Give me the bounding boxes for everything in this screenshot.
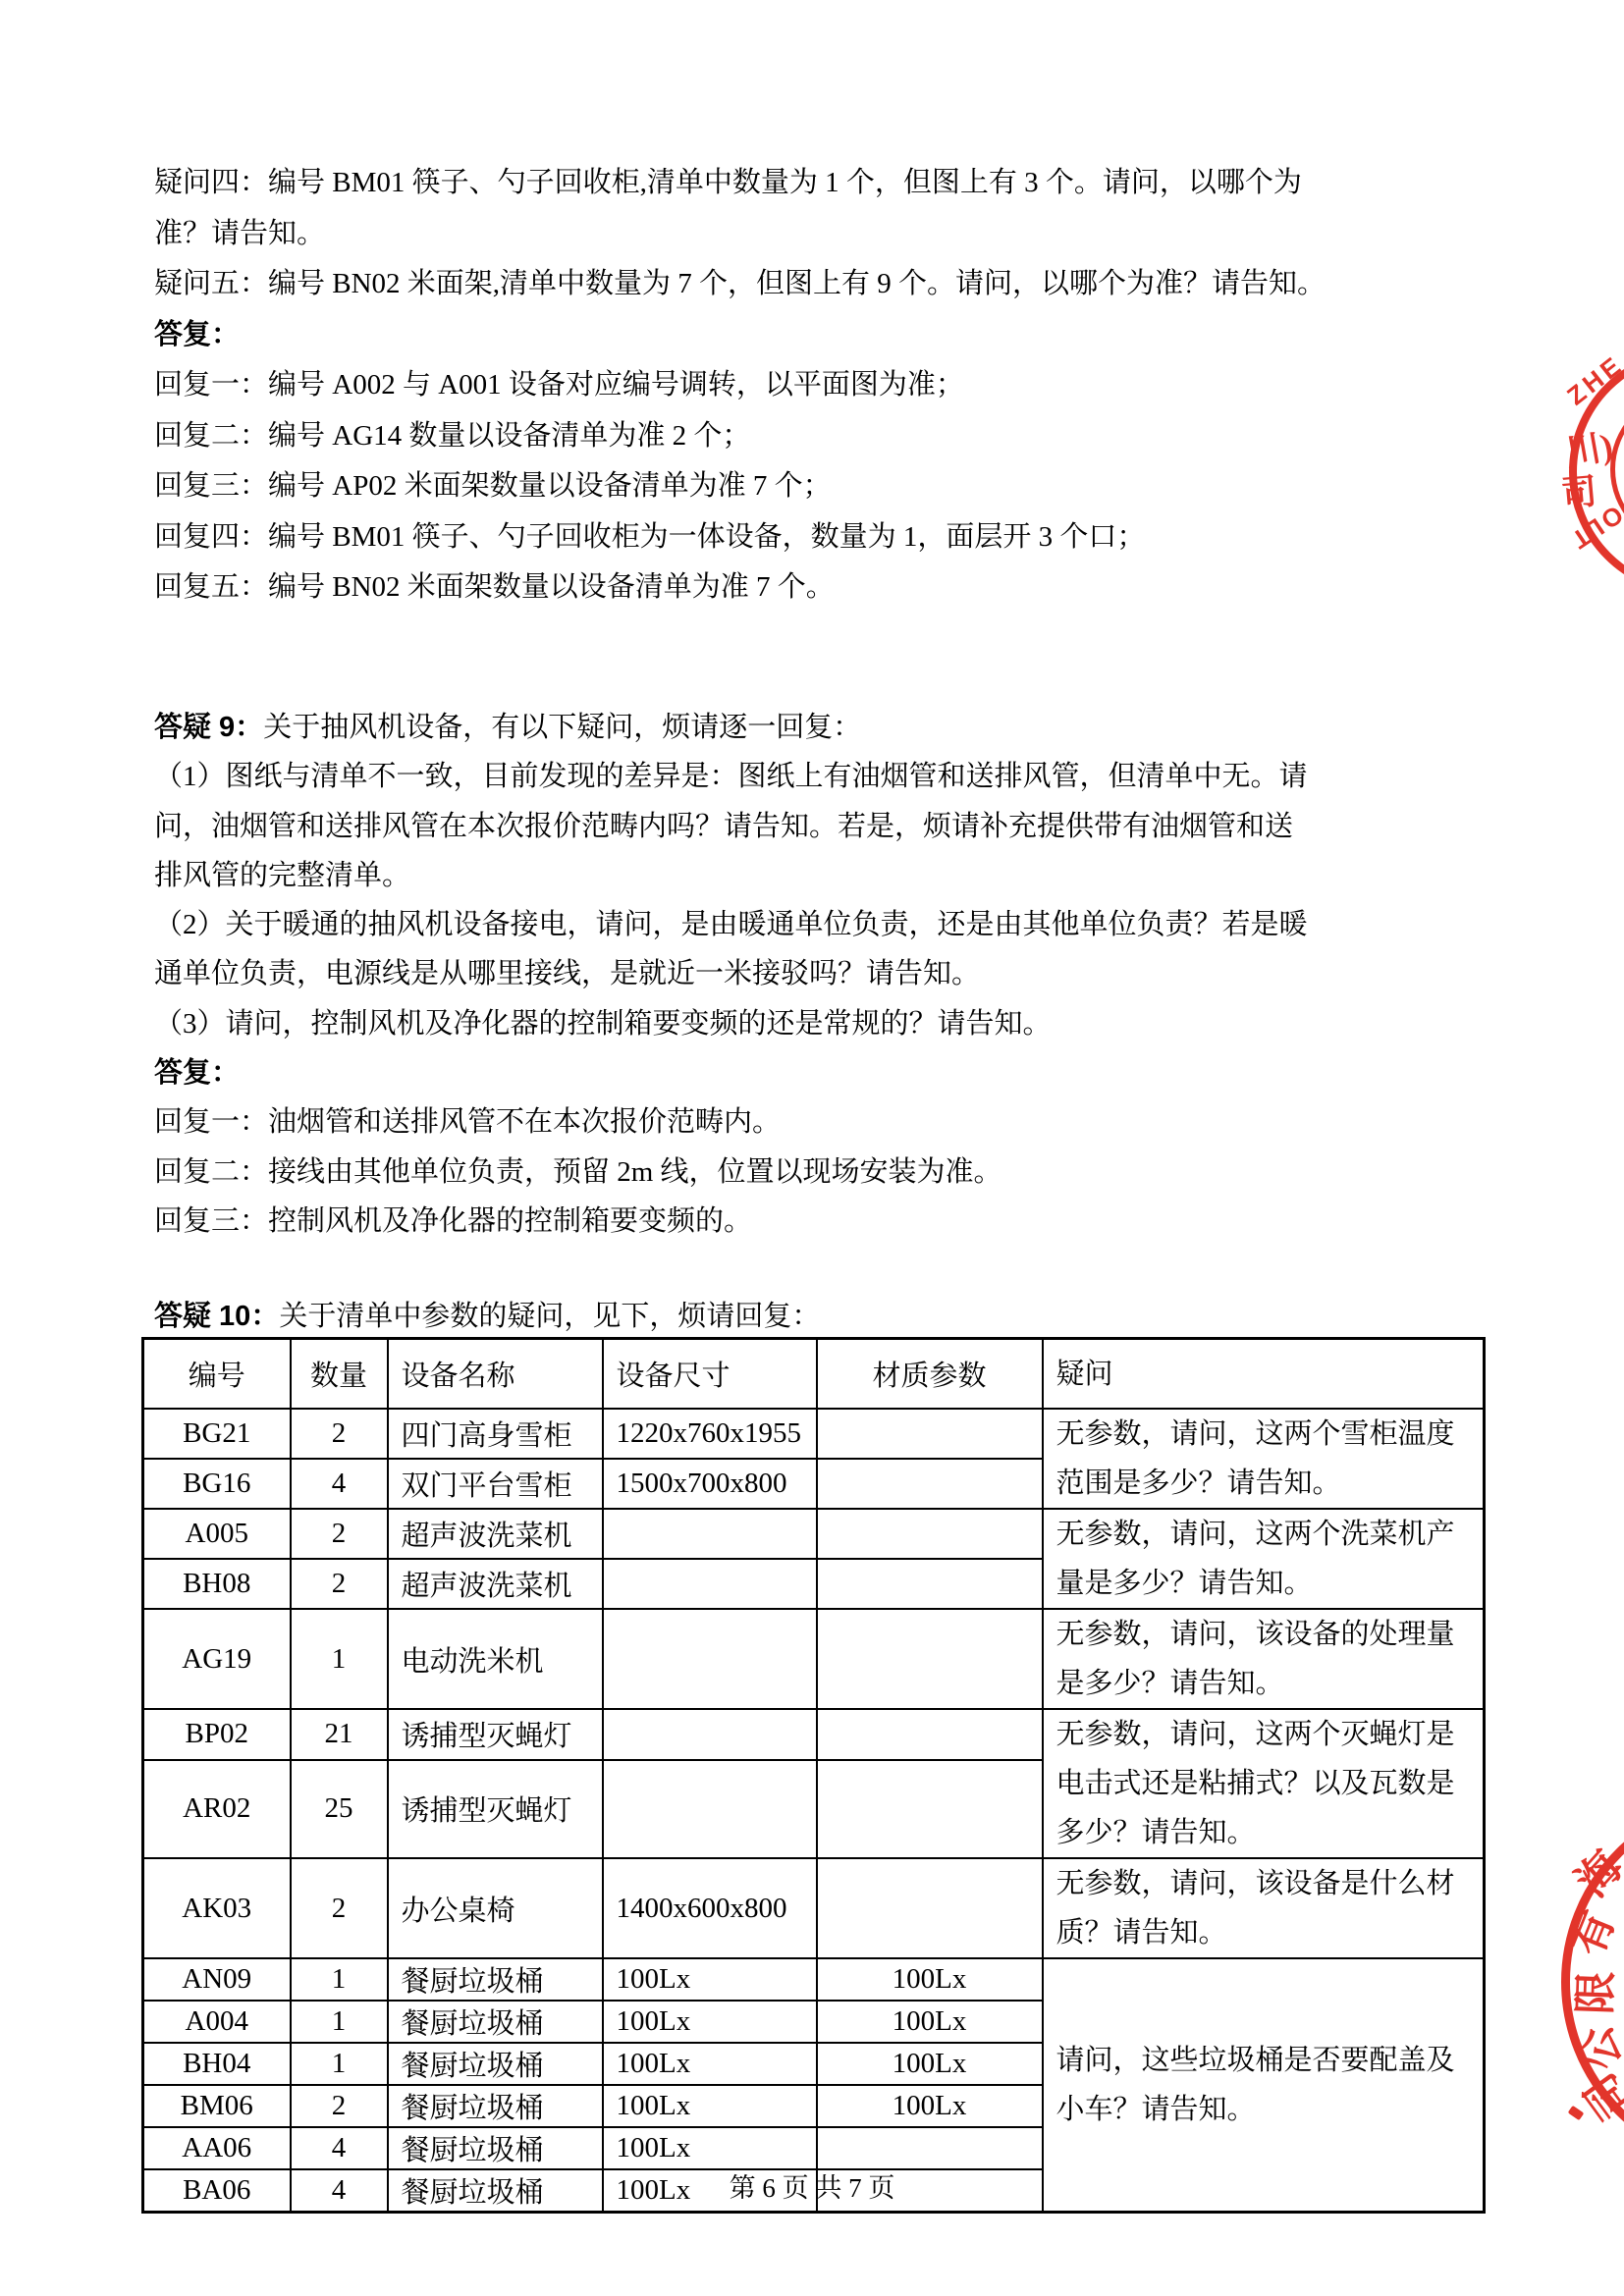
table-cell: 100Lx — [603, 2127, 817, 2169]
table-cell — [817, 1459, 1043, 1509]
seal-center-char: 司 — [1559, 464, 1598, 517]
table-cell — [817, 1760, 1043, 1858]
text-line: 准？请告知。 — [154, 209, 1529, 260]
line-text: 疑问五：编号 BN02 米面架,清单中数量为 7 个，但图上有 9 个。请问，以… — [154, 268, 1326, 299]
table-cell: BM06 — [143, 2085, 291, 2127]
table-cell: 1500x700x800 — [603, 1459, 817, 1509]
table-cell: AR02 — [143, 1760, 291, 1858]
table-cell: 无参数，请问，该设备的处理量 是多少？请告知。 — [1043, 1609, 1485, 1709]
table-cell: 餐厨垃圾桶 — [388, 2001, 603, 2043]
text-line: 回复一：油烟管和送排风管不在本次报价范畴内。 — [154, 1097, 1529, 1147]
text-line: 回复五：编号 BN02 米面架数量以设备清单为准 7 个。 — [154, 562, 1529, 614]
table-cell: 四门高身雪柜 — [388, 1409, 603, 1459]
table-cell: 2 — [291, 1409, 388, 1459]
table-cell: 餐厨垃圾桶 — [388, 2043, 603, 2085]
text-line: 答疑 9：关于抽风机设备，有以下疑问，烦请逐一回复： — [154, 703, 1529, 752]
text-line: 答复： — [154, 310, 1529, 361]
table-cell: 诱捕型灭蝇灯 — [388, 1760, 603, 1858]
table-header-row: 编号数量设备名称设备尺寸材质参数疑问 — [143, 1339, 1485, 1410]
table-cell: AG19 — [143, 1609, 291, 1709]
text-line: 回复二：接线由其他单位负责，预留 2m 线，位置以现场安装为准。 — [154, 1148, 1529, 1197]
text-line: 问，油烟管和送排风管在本次报价范畴内吗？请告知。若是，烦请补充提供带有油烟管和送 — [154, 802, 1529, 851]
table-cell: 1 — [291, 2001, 388, 2043]
table-cell: BG16 — [143, 1459, 291, 1509]
table-cell: 超声波洗菜机 — [388, 1509, 603, 1559]
table-row: BG212四门高身雪柜1220x760x1955无参数，请问，这两个雪柜温度 范… — [143, 1409, 1485, 1459]
column-header: 设备名称 — [388, 1339, 603, 1410]
table-cell: 2 — [291, 1858, 388, 1958]
table-cell: 100Lx — [603, 2043, 817, 2085]
table-cell: 超声波洗菜机 — [388, 1559, 603, 1609]
section-questions-4-5: 疑问四：编号 BM01 筷子、勺子回收柜,清单中数量为 1 个，但图上有 3 个… — [154, 158, 1529, 614]
table-cell: 2 — [291, 2085, 388, 2127]
bold-label: 答疑 9： — [154, 712, 263, 743]
table-cell: 无参数，请问，这两个灭蝇灯是 电击式还是粘捕式？以及瓦数是 多少？请告知。 — [1043, 1709, 1485, 1858]
table-cell: AK03 — [143, 1858, 291, 1958]
line-text: 回复一：编号 A002 与 A001 设备对应编号调转，以平面图为准； — [154, 369, 964, 400]
line-text: （1）图纸与清单不一致，目前发现的差异是：图纸上有油烟管和送排风管，但清单中无。… — [154, 761, 1308, 792]
table-cell: 100Lx — [603, 2085, 817, 2127]
line-text: 回复二：编号 AG14 数量以设备清单为准 2 个； — [154, 420, 750, 452]
table-cell: 诱捕型灭蝇灯 — [388, 1709, 603, 1760]
table-cell: 办公桌椅 — [388, 1858, 603, 1958]
table-cell: AN09 — [143, 1958, 291, 2001]
table-cell: 4 — [291, 2127, 388, 2169]
table-cell: 餐厨垃圾桶 — [388, 2127, 603, 2169]
table-cell — [817, 2127, 1043, 2169]
text-line: 回复四：编号 BM01 筷子、勺子回收柜为一体设备，数量为 1，面层开 3 个口… — [154, 512, 1529, 563]
line-text: 准？请告知。 — [154, 218, 325, 249]
table-cell: 无参数，请问，这两个雪柜温度 范围是多少？请告知。 — [1043, 1409, 1485, 1509]
line-text: 疑问四：编号 BM01 筷子、勺子回收柜,清单中数量为 1 个，但图上有 3 个… — [154, 167, 1302, 198]
line-text: 回复二：接线由其他单位负责，预留 2m 线，位置以现场安装为准。 — [154, 1156, 1002, 1188]
table-cell: AA06 — [143, 2127, 291, 2169]
table-cell: 25 — [291, 1760, 388, 1858]
table-cell — [817, 1858, 1043, 1958]
column-header: 疑问 — [1043, 1339, 1485, 1410]
column-header: 材质参数 — [817, 1339, 1043, 1410]
column-header: 数量 — [291, 1339, 388, 1410]
line-text: 回复四：编号 BM01 筷子、勺子回收柜为一体设备，数量为 1，面层开 3 个口… — [154, 521, 1145, 553]
table-cell: BG21 — [143, 1409, 291, 1459]
text-line: （1）图纸与清单不一致，目前发现的差异是：图纸上有油烟管和送排风管，但清单中无。… — [154, 752, 1529, 801]
table-cell — [817, 1709, 1043, 1760]
line-text: 通单位负责，电源线是从哪里接线，是就近一米接驳吗？请告知。 — [154, 958, 980, 989]
line-text: 回复三：编号 AP02 米面架数量以设备清单为准 7 个； — [154, 470, 832, 502]
line-text: （3）请问，控制风机及净化器的控制箱要变频的还是常规的？请告知。 — [154, 1008, 1052, 1040]
table-cell: BH08 — [143, 1559, 291, 1609]
table-cell: 2 — [291, 1559, 388, 1609]
table-cell: 100Lx — [603, 2001, 817, 2043]
page-number: 第 6 页 共 7 页 — [0, 2171, 1624, 2205]
table-cell: 餐厨垃圾桶 — [388, 2085, 603, 2127]
table-cell: 100Lx — [817, 2001, 1043, 2043]
table-cell — [603, 1559, 817, 1609]
section-qa-9: 答疑 9：关于抽风机设备，有以下疑问，烦请逐一回复：（1）图纸与清单不一致，目前… — [154, 703, 1529, 1246]
table-cell: 100Lx — [817, 2043, 1043, 2085]
table-cell: 电动洗米机 — [388, 1609, 603, 1709]
table-cell — [603, 1760, 817, 1858]
text-line: （3）请问，控制风机及净化器的控制箱要变频的还是常规的？请告知。 — [154, 999, 1529, 1048]
table-row: AN091餐厨垃圾桶100Lx100Lx请问，这些垃圾桶是否要配盖及 小车？请告… — [143, 1958, 1485, 2001]
text-line: 回复三：控制风机及净化器的控制箱要变频的。 — [154, 1197, 1529, 1246]
table-cell: 2 — [291, 1509, 388, 1559]
text-line: 回复三：编号 AP02 米面架数量以设备清单为准 7 个； — [154, 461, 1529, 512]
table-cell: 100Lx — [603, 1958, 817, 2001]
table-cell: 餐厨垃圾桶 — [388, 1958, 603, 2001]
table-cell: BH04 — [143, 2043, 291, 2085]
text-line: （2）关于暖通的抽风机设备接电，请问，是由暖通单位负责，还是由其他单位负责？若是… — [154, 900, 1529, 949]
line-text: 排风管的完整清单。 — [154, 860, 410, 891]
table-cell: A005 — [143, 1509, 291, 1559]
column-header: 编号 — [143, 1339, 291, 1410]
table-cell: 双门平台雪柜 — [388, 1459, 603, 1509]
table-cell: 无参数，请问，该设备是什么材 质？请告知。 — [1043, 1858, 1485, 1958]
bold-label: 答复： — [154, 1057, 240, 1089]
table-cell: 无参数，请问，这两个洗菜机产 量是多少？请告知。 — [1043, 1509, 1485, 1609]
bold-label: 答复： — [154, 319, 240, 350]
text-line: 疑问四：编号 BM01 筷子、勺子回收柜,清单中数量为 1 个，但图上有 3 个… — [154, 158, 1529, 209]
table-row: AG191电动洗米机无参数，请问，该设备的处理量 是多少？请告知。 — [143, 1609, 1485, 1709]
text-line: 通单位负责，电源线是从哪里接线，是就近一米接驳吗？请告知。 — [154, 949, 1529, 998]
seal-character: 限 — [1559, 1970, 1623, 2015]
table-cell: 1220x760x1955 — [603, 1409, 817, 1459]
document-page: 疑问四：编号 BM01 筷子、勺子回收柜,清单中数量为 1 个，但图上有 3 个… — [0, 0, 1624, 2296]
text-line: 回复二：编号 AG14 数量以设备清单为准 2 个； — [154, 411, 1529, 462]
line-text: 回复五：编号 BN02 米面架数量以设备清单为准 7 个。 — [154, 571, 835, 603]
qa10-heading-text: 关于清单中参数的疑问，见下，烦请回复： — [279, 1301, 820, 1332]
table-cell: 1 — [291, 2043, 388, 2085]
table-cell: 21 — [291, 1709, 388, 1760]
table-cell — [603, 1709, 817, 1760]
qa10-bold-label: 答疑 10： — [154, 1301, 279, 1332]
line-text: （2）关于暖通的抽风机设备接电，请问，是由暖通单位负责，还是由其他单位负责？若是… — [154, 909, 1308, 940]
table-row: BP0221诱捕型灭蝇灯无参数，请问，这两个灭蝇灯是 电击式还是粘捕式？以及瓦数… — [143, 1709, 1485, 1760]
table-cell — [817, 1409, 1043, 1459]
table-cell: 1400x600x800 — [603, 1858, 817, 1958]
table-cell — [603, 1609, 817, 1709]
text-line: 回复一：编号 A002 与 A001 设备对应编号调转，以平面图为准； — [154, 360, 1529, 411]
table-cell: 4 — [291, 1459, 388, 1509]
table-row: A0052超声波洗菜机无参数，请问，这两个洗菜机产 量是多少？请告知。 — [143, 1509, 1485, 1559]
table-cell: 1 — [291, 1609, 388, 1709]
table-cell: A004 — [143, 2001, 291, 2043]
table-cell: 1 — [291, 1958, 388, 2001]
table-cell — [817, 1559, 1043, 1609]
table-cell — [603, 1509, 817, 1559]
column-header: 设备尺寸 — [603, 1339, 817, 1410]
text-line: 答复： — [154, 1048, 1529, 1097]
line-text: 关于抽风机设备，有以下疑问，烦请逐一回复： — [263, 712, 861, 743]
text-line: 疑问五：编号 BN02 米面架,清单中数量为 7 个，但图上有 9 个。请问，以… — [154, 259, 1529, 310]
table-cell: 100Lx — [817, 1958, 1043, 2001]
table-cell: BP02 — [143, 1709, 291, 1760]
line-text: 问，油烟管和送排风管在本次报价范畴内吗？请告知。若是，烦请补充提供带有油烟管和送 — [154, 811, 1293, 842]
table-cell — [817, 1609, 1043, 1709]
table-cell — [817, 1509, 1043, 1559]
table-cell: 100Lx — [817, 2085, 1043, 2127]
equipment-question-table: 编号数量设备名称设备尺寸材质参数疑问BG212四门高身雪柜1220x760x19… — [141, 1337, 1486, 2214]
section-qa-10-heading: 答疑 10：关于清单中参数的疑问，见下，烦请回复： — [154, 1295, 1529, 1338]
text-line: 排风管的完整清单。 — [154, 851, 1529, 900]
text-line: 答疑 10：关于清单中参数的疑问，见下，烦请回复： — [154, 1295, 1529, 1338]
line-text: 回复一：油烟管和送排风管不在本次报价范畴内。 — [154, 1106, 781, 1138]
line-text: 回复三：控制风机及净化器的控制箱要变频的。 — [154, 1205, 752, 1237]
table-row: AK032办公桌椅1400x600x800无参数，请问，该设备是什么材 质？请告… — [143, 1858, 1485, 1958]
